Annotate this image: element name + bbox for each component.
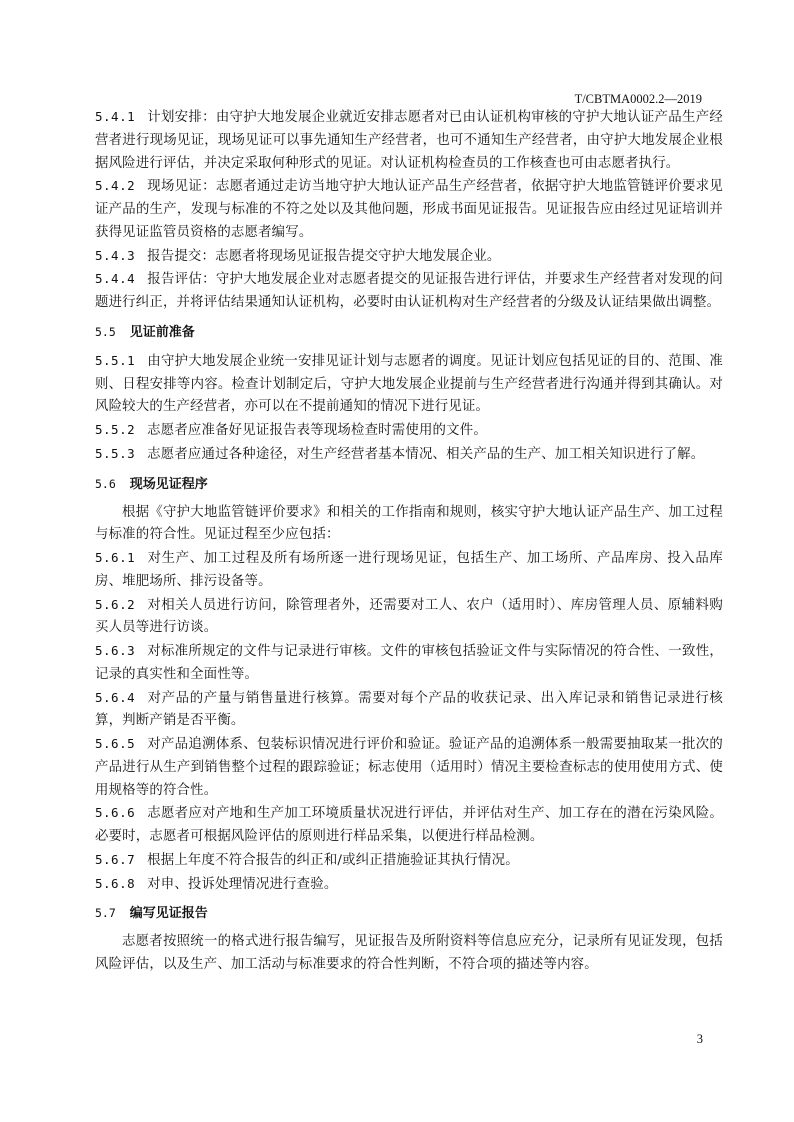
clause-text: 报告评估：守护大地发展企业对志愿者提交的见证报告进行评估，并要求生产经营者对发现… <box>95 272 723 310</box>
clause-number: 5.6.2 <box>95 597 135 612</box>
section-intro-5-6: 根据《守护大地监管链评价要求》和相关的工作指南和规则，核实守护大地认证产品生产、… <box>95 502 723 548</box>
clause-text: 对相关人员进行访问，除管理者外，还需要对工人、农户（适用时）、库房管理人员、原辅… <box>95 598 723 636</box>
clause-number: 5.4.4 <box>95 271 135 286</box>
clause-number: 5.4.1 <box>95 109 135 124</box>
clause-5-5-1: 5.5.1由守护大地发展企业统一安排见证计划与志愿者的调度。见证计划应包括见证的… <box>95 350 723 419</box>
clause-number: 5.4.2 <box>95 178 135 193</box>
clause-5-6-5: 5.6.5对产品追溯体系、包装标识情况进行评价和验证。验证产品的追溯体系一般需要… <box>95 733 723 802</box>
clause-text: 志愿者应通过各种途径，对生产经营者基本情况、相关产品的生产、加工相关知识进行了解… <box>147 447 704 462</box>
clause-number: 5.6.7 <box>95 852 135 867</box>
clause-text: 志愿者应准备好见证报告表等现场检查时需使用的文件。 <box>147 423 487 438</box>
section-heading-5-6: 5.6现场见证程序 <box>95 473 723 496</box>
clause-5-6-6: 5.6.6志愿者应对产地和生产加工环境质量状况进行评估，并评估对生产、加工存在的… <box>95 802 723 849</box>
clause-5-6-1: 5.6.1对生产、加工过程及所有场所逐一进行现场见证，包括生产、加工场所、产品库… <box>95 547 723 594</box>
clause-5-6-3: 5.6.3对标准所规定的文件与记录进行审核。文件的审核包括验证文件与实际情况的符… <box>95 640 723 687</box>
document-code-header: T/CBTMA0002.2—2019 <box>575 92 702 107</box>
clause-number: 5.4.3 <box>95 248 135 263</box>
clause-text: 计划安排：由守护大地发展企业就近安排志愿者对已由认证机构审核的守护大地认证产品生… <box>95 110 723 171</box>
heading-number: 5.5 <box>95 325 116 339</box>
clause-text: 对标准所规定的文件与记录进行审核。文件的审核包括验证文件与实际情况的符合性、一致… <box>95 644 723 682</box>
clause-number: 5.6.4 <box>95 690 135 705</box>
clause-text: 根据上年度不符合报告的纠正和/或纠正措施验证其执行情况。 <box>147 853 519 868</box>
clause-number: 5.6.1 <box>95 550 135 565</box>
clause-5-6-4: 5.6.4对产品的产量与销售量进行核算。需要对每个产品的收获记录、出入库记录和销… <box>95 687 723 734</box>
section-heading-5-5: 5.5见证前准备 <box>95 321 723 344</box>
clause-5-6-8: 5.6.8对申、投诉处理情况进行查验。 <box>95 873 723 897</box>
clause-text: 志愿者应对产地和生产加工环境质量状况进行评估，并评估对生产、加工存在的潜在污染风… <box>95 806 723 844</box>
heading-title: 编写见证报告 <box>130 906 208 921</box>
heading-number: 5.6 <box>95 477 116 491</box>
clause-5-4-4: 5.4.4报告评估：守护大地发展企业对志愿者提交的见证报告进行评估，并要求生产经… <box>95 268 723 315</box>
clause-number: 5.6.8 <box>95 876 135 891</box>
heading-title: 见证前准备 <box>130 325 195 340</box>
clause-number: 5.6.3 <box>95 643 135 658</box>
clause-5-6-7: 5.6.7根据上年度不符合报告的纠正和/或纠正措施验证其执行情况。 <box>95 849 723 873</box>
heading-number: 5.7 <box>95 906 116 920</box>
clause-text: 由守护大地发展企业统一安排见证计划与志愿者的调度。见证计划应包括见证的目的、范围… <box>95 354 723 415</box>
clause-5-4-2: 5.4.2现场见证：志愿者通过走访当地守护大地认证产品生产经营者，依据守护大地监… <box>95 175 723 244</box>
document-body: 5.4.1计划安排：由守护大地发展企业就近安排志愿者对已由认证机构审核的守护大地… <box>95 106 723 977</box>
clause-number: 5.6.5 <box>95 736 135 751</box>
section-heading-5-7: 5.7编写见证报告 <box>95 902 723 925</box>
clause-number: 5.5.3 <box>95 446 135 461</box>
clause-number: 5.5.2 <box>95 422 135 437</box>
clause-5-4-1: 5.4.1计划安排：由守护大地发展企业就近安排志愿者对已由认证机构审核的守护大地… <box>95 106 723 175</box>
clause-text: 对申、投诉处理情况进行查验。 <box>147 877 337 892</box>
clause-text: 报告提交：志愿者将现场见证报告提交守护大地发展企业。 <box>147 249 500 264</box>
clause-5-5-2: 5.5.2志愿者应准备好见证报告表等现场检查时需使用的文件。 <box>95 419 723 443</box>
clause-5-4-3: 5.4.3报告提交：志愿者将现场见证报告提交守护大地发展企业。 <box>95 245 723 269</box>
section-body-5-7: 志愿者按照统一的格式进行报告编写，见证报告及所附资料等信息应充分，记录所有见证发… <box>95 931 723 977</box>
page-number: 3 <box>697 1032 703 1047</box>
clause-text: 对生产、加工过程及所有场所逐一进行现场见证，包括生产、加工场所、产品库房、投入品… <box>95 551 723 589</box>
clause-5-5-3: 5.5.3志愿者应通过各种途径，对生产经营者基本情况、相关产品的生产、加工相关知… <box>95 443 723 467</box>
heading-title: 现场见证程序 <box>130 477 208 492</box>
clause-number: 5.6.6 <box>95 805 135 820</box>
clause-text: 对产品追溯体系、包装标识情况进行评价和验证。验证产品的追溯体系一般需要抽取某一批… <box>95 737 723 798</box>
clause-number: 5.5.1 <box>95 353 135 368</box>
clause-5-6-2: 5.6.2对相关人员进行访问，除管理者外，还需要对工人、农户（适用时）、库房管理… <box>95 594 723 641</box>
clause-text: 现场见证：志愿者通过走访当地守护大地认证产品生产经营者，依据守护大地监管链评价要… <box>95 179 723 240</box>
clause-text: 对产品的产量与销售量进行核算。需要对每个产品的收获记录、出入库记录和销售记录进行… <box>95 691 723 729</box>
